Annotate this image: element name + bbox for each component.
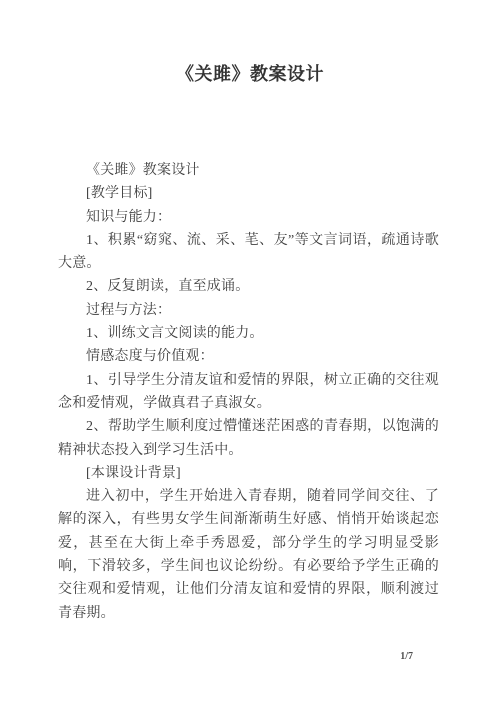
paragraph: 1、积累“窈窕、流、采、芼、友”等文言词语，疏通诗歌大意。 xyxy=(58,229,439,276)
page-number: 1/7 xyxy=(0,651,413,662)
paragraph: 1、训练文言文阅读的能力。 xyxy=(58,322,439,345)
paragraph: 情感态度与价值观： xyxy=(58,345,439,368)
paragraph: 2、帮助学生顺利度过懵懂迷茫困惑的青春期，以饱满的精神状态投入到学习生活中。 xyxy=(58,415,439,462)
paragraph: 1、引导学生分清友谊和爱情的界限，树立正确的交往观念和爱情观，学做真君子真淑女。 xyxy=(58,369,439,416)
paragraph: 进入初中，学生开始进入青春期，随着同学间交往、了解的深入，有些男女学生间渐渐萌生… xyxy=(58,485,439,625)
paragraph: 2、反复朗读，直至成诵。 xyxy=(58,275,439,298)
document-page: 《关雎》教案设计 《关雎》教案设计[教学目标]知识与能力：1、积累“窈窕、流、采… xyxy=(0,0,500,707)
paragraph: 知识与能力： xyxy=(58,206,439,229)
page-title: 《关雎》教案设计 xyxy=(0,60,500,86)
document-body: 《关雎》教案设计[教学目标]知识与能力：1、积累“窈窕、流、采、芼、友”等文言词… xyxy=(58,159,439,625)
paragraph: 《关雎》教案设计 xyxy=(58,159,439,182)
paragraph: [本课设计背景] xyxy=(58,462,439,485)
paragraph: [教学目标] xyxy=(58,182,439,205)
paragraph: 过程与方法： xyxy=(58,299,439,322)
